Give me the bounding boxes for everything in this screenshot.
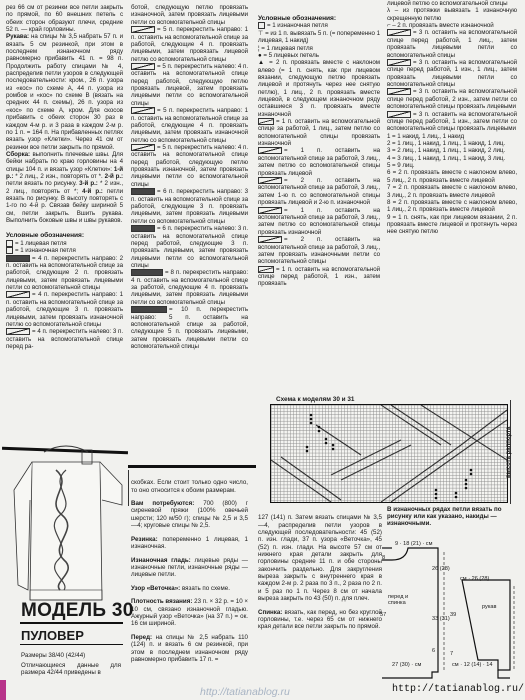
sleeves-label: Рукава: [6,33,29,40]
col1-intro: рез 66 см от резинки все петли закрыть п… [6,4,123,33]
legend-item: λ – из протяжки вывязать 1 изнаночную ск… [387,7,517,22]
legend-item: = 1 п. оставить на вспомогательной спице… [258,118,380,148]
row2-label: 2-й р.: [105,173,123,180]
diagram-front-back-label: перед и спинка [388,594,418,606]
purl-rows-note: В изнаночных рядах петли вязать по рисун… [387,506,519,528]
cross-symbol-icon [258,266,274,273]
legend-item: = 1 изнаночная петля [258,22,380,29]
legend-item: = 3 п. оставить на вспомогательной спице… [387,29,517,59]
diagram-rib-height: 6 [432,648,435,654]
cable-symbol-icon [131,269,163,276]
legend-item: = 5 п. перекрестить направо: 1 п. остави… [131,26,248,63]
cable-symbol-icon [131,144,155,151]
cable-symbol-icon [6,328,30,335]
numbered-legend-item: 6 = 2 п. провязать вместе с наклоном вле… [387,169,517,184]
diagram-sleeve-length: 39 [450,612,456,618]
diagram-sleeve-rib: 7 [450,651,453,657]
legend-text: = 5 п. перекрестить налево: 4 п. оставит… [131,63,248,107]
legend-text: = 1 п. оставить на вспомогательной спице… [258,118,380,147]
model-title: МОДЕЛЬ 30 [21,600,134,622]
legend-item: = 4 п. перекрестить направо: 1 п. остави… [6,291,123,328]
schema-title: Схема к моделям 30 и 31 [276,396,355,403]
legend-item: = 1 лицевая петля [6,240,123,247]
purl-stitch-label: Изнаночная гладь: [131,557,191,564]
legend-item: = 5 п. перекрестить направо: 1 п. остави… [131,107,248,144]
front-continuation: 127 (141) п. Затем вязать спицами № 3,5—… [258,514,382,602]
frame-line [128,470,129,506]
numbered-legend-item: 5 = 9 лиц. [387,162,517,169]
cross-symbol-icon [387,29,411,36]
cross-symbol-icon [258,118,274,125]
diagram-sleeve-bottom: см · 12 (14) · 14 [452,662,493,668]
col4-intro: лицевой петлю со вспомогательной спицы [387,0,517,7]
numbered-legend-item: 7 = 2 п. провязать вместе с наклоном вле… [387,184,517,199]
diagram-total-height: 57 [380,612,386,618]
legend-text: = 2 п. провязать вместе с наклоном влево… [258,59,380,117]
legend-title: Условные обозначения: [6,232,123,239]
rib-label: Резинка: [131,536,158,543]
front-back-instructions: 127 (141) п. Затем вязать спицами № 3,5—… [258,508,382,637]
cable-symbol-icon [131,107,155,114]
legend-item: = 6 п. перекрестить налево: 3 п. оставит… [131,225,248,269]
cross-symbol-icon [258,236,282,243]
cross-symbol-icon [387,88,411,95]
row1-text: * 2 лиц., 2 изн., повторять от *. [13,173,104,180]
cross-symbol-icon [387,59,411,66]
legend-text: ⌐ – 2 п. провязать вместе изнаночной [387,22,494,29]
cross-symbol-icon [258,177,282,184]
legend-text: = 1 лицевая петля [261,45,313,52]
diagram-bottom-width: 27 (30) · см [392,662,421,668]
numbered-legend-item: 2 = 1 лиц., 1 накид, 1 лиц., 1 накид, 1 … [387,140,517,147]
diagram-neck-depth: 8 [382,555,385,561]
magazine-page: рез 66 см от резинки все петли закрыть п… [0,0,525,700]
cross-symbol-icon [387,111,411,118]
cable-symbol-icon [131,188,155,195]
legend-item: = 1 п. оставить на вспомогательной спице… [258,207,380,237]
legend-text: = 1 изнаночная петля [267,22,328,29]
legend-text: = 1 п. оставить на вспомогательной спице… [258,266,380,288]
cross-symbol-icon [258,147,282,154]
col2-intro: ботой, следующую петлю провязать изнаноч… [131,4,248,26]
numbered-legend-item: 8 = 2 п. провязать вместе с наклоном вле… [387,199,517,214]
legend-text: = из 1 п. вывязать 5 п. (= попеременно 1… [258,30,380,44]
diagram-upper-height: 26 (28) [432,566,456,572]
twig-pattern-text: вязать по схеме. [180,585,230,592]
diagram-sleeve-top: см · 26 (28) [460,576,489,582]
rapport-height-label: высота раппорта [506,427,512,478]
legend-item: ⊤ = из 1 п. вывязать 5 п. (= попеременно… [258,30,380,45]
legend-item: = 10 п. перекрестить направо: 5 п. остав… [131,306,248,350]
legend-text: λ – из протяжки вывязать 1 изнаночную ск… [387,7,517,21]
decrease-symbol-icon: ▲ [258,59,269,66]
legend-item: ⌐ – 2 п. провязать вместе изнаночной [387,22,517,29]
materials-label: Вам потребуются: [131,500,194,507]
legend-item: = 1 п. оставить на вспомогательной спице… [258,147,380,177]
column-1: рез 66 см от резинки все петли закрыть п… [6,4,123,351]
purl-symbol-icon [6,247,13,254]
cross-symbol-icon [258,207,282,214]
column-2: ботой, следующую петлю провязать изнаноч… [131,4,248,350]
legend-item: = 3 п. оставить на вспомогательной спице… [387,88,517,110]
legend-text: = 5 п. перекрестить налево: 4 п. оставит… [131,144,248,188]
legend-item: ¦ = 1 лицевая петля [258,45,380,52]
title-divider [20,644,123,645]
cable-symbol-icon [131,225,155,232]
legend-title: Условные обозначения: [258,15,380,22]
cable-symbol-icon [6,291,30,298]
legend-item: ▲ = 2 п. провязать вместе с наклоном вле… [258,59,380,118]
legend-text: = 5 лицевых петель [263,52,319,59]
diagram-sleeve-label: рукав [482,604,497,610]
increase-symbol-icon: ⊤ [258,30,265,37]
legend-item: = 4 п. перекрестить налево: 3 п. оставит… [6,328,123,350]
knitting-chart-grid [270,404,508,503]
legend-item: = 4 п. перекрестить направо: 2 п. остави… [6,255,123,292]
cable-symbol-icon [131,26,155,33]
twig-pattern-label: Узор «Веточка»: [131,585,180,592]
legend-item: = 1 изнаночная петля [6,247,123,254]
front-label: Перед: [131,634,152,641]
page-edge-mark [0,680,6,700]
legend-item: = 8 п. перекрестить направо: 4 п. остави… [131,269,248,306]
legend-item: = 3 п. оставить на вспомогательной спице… [387,111,517,133]
section-divider [128,465,256,468]
sizes-text: Размеры 38/40 (42/44) [21,652,121,660]
cable-symbol-icon [131,306,167,313]
density-label: Плотность вязания: [131,598,192,605]
watermark-blog: http://tatianablog.ru [200,686,290,698]
legend-item: = 3 п. оставить на вспомогательной спице… [387,59,517,89]
sizes-continuation: скобках. Если стоит только одно число, т… [131,479,248,494]
assembly-label: Сборка: [6,151,30,158]
title-divider [20,622,123,624]
numbered-legend-item: 9 = 1 п. снять, как при лицевом вязании,… [387,214,517,236]
legend-item: = 2 п. оставить на вспомогательной спице… [258,236,380,266]
cable-symbol-icon [6,255,30,262]
sleeves-text: на спицы № 3,5 набрать 57 п. и вязать 5 … [6,33,123,150]
purl-symbol-icon [258,22,265,29]
chart-cables-overlay [271,405,507,502]
diagram-top-dims: 9 · 18 (21) · см [395,541,432,547]
legend-item: = 1 п. оставить на вспомогательной спице… [258,266,380,288]
legend-text: = 1 лицевая петля [15,240,67,247]
materials-block: скобках. Если стоит только одно число, т… [131,473,248,669]
row2-text: петли вязать по рисунку. [6,180,79,187]
legend-item: = 5 п. перекрестить налево: 4 п. оставит… [131,144,248,188]
legend-item: ● = 5 лицевых петель [258,52,380,59]
legend-item: = 6 п. перекрестить направо: 3 п. остави… [131,188,248,225]
numbered-legend-item: 4 = 3 лиц., 1 накид, 1 лиц., 1 накид, 3 … [387,155,517,162]
legend-text: = 10 п. перекрестить направо: 5 п. остав… [131,306,248,350]
knit-symbol-icon [6,240,13,247]
numbered-legend-item: 3 = 2 лиц., 1 накид, 1 лиц., 1 накид, 2 … [387,147,517,154]
legend-item: = 5 п. перекрестить налево: 4 п. оставит… [131,63,248,107]
pullover-sketch-illustration [4,440,124,615]
row3-label: 3-й р.: [79,180,98,187]
legend-text: = 1 изнаночная петля [15,247,76,254]
back-label: Спинка: [258,609,282,616]
row4-label: 4-й р.: [82,188,103,195]
column-4: лицевой петлю со вспомогательной спицы λ… [387,0,517,236]
column-3: Условные обозначения: = 1 изнаночная пет… [258,15,380,288]
sizes-note: Отличающиеся данные для размера 42/44 пр… [21,662,121,677]
model-subtitle: ПУЛОВЕР [21,628,84,643]
sizes-block: Размеры 38/40 (42/44) Отличающиеся данны… [21,652,121,677]
cable-symbol-icon [131,63,155,70]
numbered-legend-item: 1 = 1 накид, 1 лиц., 1 накид [387,133,517,140]
legend-item: = 2 п. оставить на вспомогательной спице… [258,177,380,207]
legend-text: = 6 п. перекрестить налево: 3 п. оставит… [131,225,248,269]
watermark-url: http://tatianablog.ru/ [392,684,524,695]
